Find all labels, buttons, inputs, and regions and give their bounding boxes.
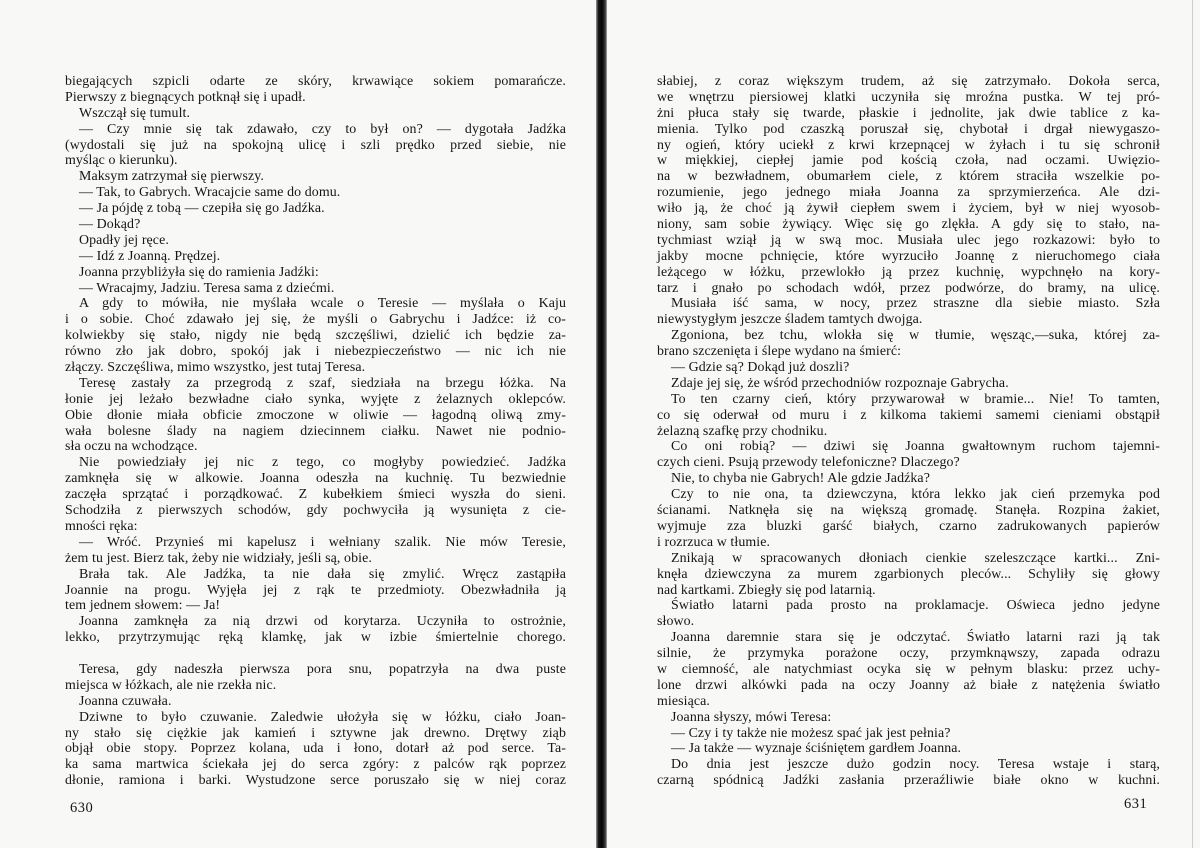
text-line: słabiej, z coraz większym trudem, aż się… [657, 74, 1160, 90]
text-line: miesiąca. [657, 694, 1160, 710]
book-scan: biegających szpicli odarte ze skóry, krw… [0, 0, 1200, 848]
right-text-column: słabiej, z coraz większym trudem, aż się… [657, 74, 1160, 789]
text-line: ścianami. Natknęła się na większą gromad… [657, 503, 1160, 519]
left-text-column: biegających szpicli odarte ze skóry, krw… [65, 74, 566, 789]
text-line: ka sama martwica ściekała jej do serca z… [65, 757, 566, 773]
text-line: nad kartkami. Zbiegły się pod latarnią. [657, 583, 1160, 599]
text-line: żni płuca stały się twarde, płaskie i je… [657, 106, 1160, 122]
text-line: na w bezwładnem, obumarłem ciele, z któr… [657, 169, 1160, 185]
text-line: Musiała iść sama, w nocy, przez straszne… [657, 296, 1160, 312]
text-line: żem tu jest. Bierz tak, żeby nie widział… [65, 551, 566, 567]
text-line: Schodziła z pierwszych schodów, gdy poch… [65, 503, 566, 519]
text-line: tarz i gnało po schodach wdół, przez pod… [657, 281, 1160, 297]
text-line: To ten czarny cień, który przywarował w … [657, 392, 1160, 408]
text-line: — Wracajmy, Jadziu. Teresa sama z dziećm… [65, 281, 566, 297]
text-line: Joanna czuwała. [65, 694, 566, 710]
text-line: sła oczu na wchodzące. [65, 439, 566, 455]
text-line: — Ja pójdę z tobą — czepiła się go Jadźk… [65, 201, 566, 217]
text-line: Obie dłonie miała obficie zmoczone w oli… [65, 408, 566, 424]
text-line: w miękkiej, ciepłej jamie pod kością czo… [657, 153, 1160, 169]
text-line: Joanna zamknęła za nią drzwi od korytarz… [65, 614, 566, 630]
text-line: Nie, to chyba nie Gabrych! Ale gdzie Jad… [657, 471, 1160, 487]
text-line: lekko, przytrzymując ręką klamkę, jak w … [65, 630, 566, 646]
text-line: Joanna słyszy, mówi Teresa: [657, 710, 1160, 726]
text-line: Wszczął się tumult. [65, 106, 566, 122]
text-line: tychmiast wziął ją w swą moc. Musiała ul… [657, 233, 1160, 249]
text-line: Teresę zastały za przegrodą z szaf, sied… [65, 376, 566, 392]
text-line: Brała tak. Ale Jadźka, ta nie dała się z… [65, 567, 566, 583]
text-line: słowo. [657, 614, 1160, 630]
text-line: niewystygłym jeszcze śladem tamtych dwoj… [657, 312, 1160, 328]
text-line: Joannie na progu. Wyjęła jej z rąk te pr… [65, 583, 566, 599]
text-line: tem jednem słowem: — Ja! [65, 598, 566, 614]
text-line: lone drzwi alkówki pada na oczy Joanny a… [657, 678, 1160, 694]
text-line: Zdaje jej się, że wśród przechodniów roz… [657, 376, 1160, 392]
text-line: — Ja także — wyznaje ściśniętem gardłem … [657, 741, 1160, 757]
text-line: Joanna przybliżyła się do ramienia Jadźk… [65, 265, 566, 281]
text-line: A gdy to mówiła, nie myślała wcale o Ter… [65, 296, 566, 312]
text-line: Joanna daremnie stara się je odczytać. Ś… [657, 630, 1160, 646]
text-line: miejsca w łóżkach, ale nie rzekła nic. [65, 678, 566, 694]
text-line: co się oderwał od muru i z kilkoma takie… [657, 408, 1160, 424]
text-line: Co oni robią? — dziwi się Joanna gwałtow… [657, 439, 1160, 455]
text-line: zaczęła sprzątać i porządkować. Z kubełk… [65, 487, 566, 503]
text-line: złączy. Szczęśliwa, mimo wszystko, jest … [65, 360, 566, 376]
text-line: żelazną szafkę przy chodniku. [657, 424, 1160, 440]
page-number-right: 631 [1124, 796, 1147, 813]
text-line: — Dokąd? [65, 217, 566, 233]
text-line: równo zło jak dobro, spokój jak i niebez… [65, 344, 566, 360]
text-line: we wnętrzu piersiowej klatki uczyniła si… [657, 90, 1160, 106]
text-line: ny stało się ciężkie jak kamień i sztywn… [65, 726, 566, 742]
text-line: mienia. Tylko pod czaszką poruszał się, … [657, 122, 1160, 138]
text-line: i rozrzuca w tłumie. [657, 535, 1160, 551]
text-line: Nie powiedziały jej nic z tego, co mogły… [65, 455, 566, 471]
text-line: wyjmuje zza bluzki garść białych, czarno… [657, 519, 1160, 535]
text-line: biegających szpicli odarte ze skóry, krw… [65, 74, 566, 90]
text-line: Pierwszy z biegnących potknął się i upad… [65, 90, 566, 106]
text-line: czarną spódnicą Jadźki zasłania przeraźl… [657, 773, 1160, 789]
text-line: Opadły jej ręce. [65, 233, 566, 249]
text-line: ny ogień, który uciekł z krwi krzepnącej… [657, 138, 1160, 154]
text-line: mności ręka: [65, 519, 566, 535]
text-line: łonie jej leżało bezwładne ciało synka, … [65, 392, 566, 408]
text-line: jakby mocne pchnięcie, które wyrzuciło J… [657, 249, 1160, 265]
text-line: (wydostali się już na spokojną ulicę i s… [65, 138, 566, 154]
text-line: Dziwne to było czuwanie. Zaledwie ułożył… [65, 710, 566, 726]
page-edge-line [1192, 0, 1193, 848]
text-line: Zgoniona, bez tchu, wlokła się w tłumie,… [657, 328, 1160, 344]
text-line: i o sobie. Choć zdawało jej się, że myśl… [65, 312, 566, 328]
text-line: rozumienie, jego jednego miała Joanna za… [657, 185, 1160, 201]
text-line: kolwiekby się stało, nigdy nie będą szcz… [65, 328, 566, 344]
text-line: — Wróć. Przynieś mi kapelusz i wełniany … [65, 535, 566, 551]
text-line: silnie, że przymyka porażone oczy, przym… [657, 646, 1160, 662]
text-line: — Czy mnie się tak zdawało, czy to był o… [65, 122, 566, 138]
text-line: wiło ją, że choć ją żywił ciepłem swem i… [657, 201, 1160, 217]
text-line: Czy to nie ona, ta dziewczyna, która lek… [657, 487, 1160, 503]
text-line: Światło latarni pada prosto na proklamac… [657, 598, 1160, 614]
text-line: — Tak, to Gabrych. Wracajcie same do dom… [65, 185, 566, 201]
text-line: w ciemność, ale natychmiast ocyka się w … [657, 662, 1160, 678]
text-line: niony, sam sobie żywiący. Więc się go zl… [657, 217, 1160, 233]
text-line: dłonie, ramiona i barki. Wystudzone serc… [65, 773, 566, 789]
text-line: — Czy i ty także nie możesz spać jak jes… [657, 726, 1160, 742]
text-line: Maksym zatrzymał się pierwszy. [65, 169, 566, 185]
text-line: leżącego w łóżku, przewlokło ją przez ku… [657, 265, 1160, 281]
text-line: wała bolesne ślady na nagiem dziecinnem … [65, 424, 566, 440]
text-line: brano szczenięta i ślepe wydano na śmier… [657, 344, 1160, 360]
text-line: — Gdzie są? Dokąd już doszli? [657, 360, 1160, 376]
text-line: Teresa, gdy nadeszła pierwsza pora snu, … [65, 662, 566, 678]
text-line: — Idź z Joanną. Prędzej. [65, 249, 566, 265]
page-number-left: 630 [70, 800, 93, 817]
text-line: Do dnia jest jeszcze dużo godzin nocy. T… [657, 757, 1160, 773]
text-line: Znikają w spracowanych dłoniach cienkie … [657, 551, 1160, 567]
text-line: myśląc o kierunku). [65, 153, 566, 169]
text-line: zamknęła się w alkowie. Joanna odeszła n… [65, 471, 566, 487]
text-line: objął obie stopy. Poprzez kolana, uda i … [65, 741, 566, 757]
book-gutter-shadow [596, 0, 607, 848]
text-line: czych cieni. Psują przewody telefoniczne… [657, 455, 1160, 471]
text-line: knęła dziewczyna za murem zgarbionych pl… [657, 567, 1160, 583]
